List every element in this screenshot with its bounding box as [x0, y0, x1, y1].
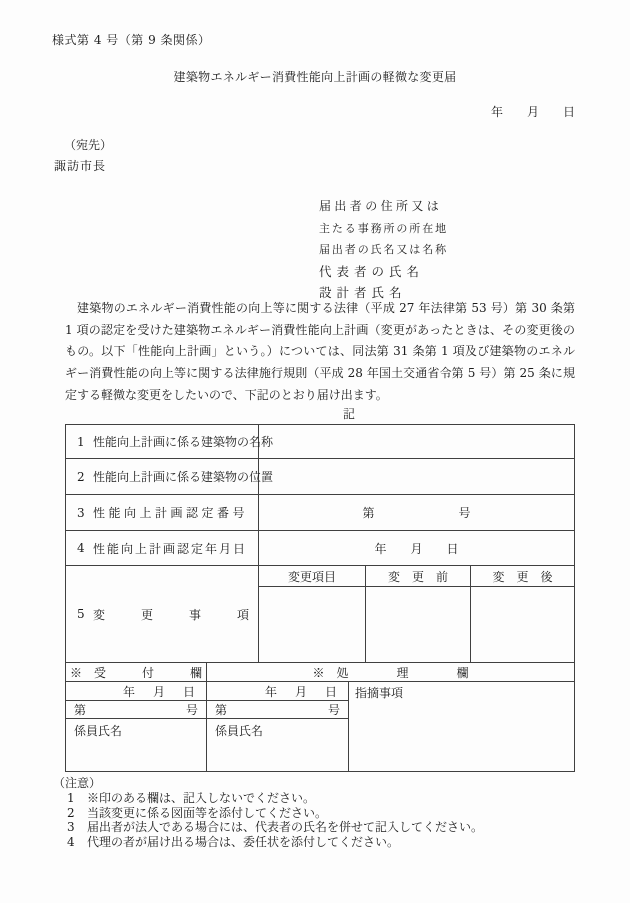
reception-date-cell: 年 月 日	[66, 682, 206, 701]
form-page: 様式第 4 号（第 9 条関係） 建築物エネルギー消費性能向上計画の軽微な変更届…	[0, 0, 630, 903]
addressee-label: （宛先）	[64, 136, 112, 153]
note-text: ※印のある欄は、記入しないでください。	[87, 791, 315, 806]
row-label: 性能向上計画認定年月日	[93, 540, 247, 557]
note-item: 2 当該変更に係る図面等を添付してください。	[53, 806, 483, 821]
note-number: 1	[67, 791, 87, 806]
row-number: 3	[77, 506, 93, 520]
processing-number-cell: 第 号	[207, 701, 348, 719]
note-item: 1 ※印のある欄は、記入しないでください。	[53, 791, 483, 806]
row-number: 4	[77, 541, 93, 555]
remarks-cell: 指摘事項	[349, 682, 574, 771]
reception-staff-cell: 係員氏名	[66, 719, 206, 771]
row-label: 性能向上計画に係る建築物の位置	[93, 468, 273, 485]
addressee-name: 諏訪市長	[54, 157, 106, 174]
note-number: 3	[67, 820, 87, 835]
row-label: 性能向上計画認定番号	[93, 504, 248, 521]
stamp-header-row: ※ 受 付 欄 ※ 処 理 欄	[66, 663, 574, 682]
number-suffix: 号	[186, 701, 198, 718]
submitter-address-label: 届出者の住所又は	[319, 196, 448, 218]
row5-label-cell: 5 変 更 事 項	[66, 566, 259, 662]
row-label: 変 更 事 項	[93, 606, 249, 623]
submitter-office-label: 主たる事務所の所在地	[319, 218, 448, 240]
reception-column-header: ※ 受 付 欄	[66, 663, 207, 681]
processing-column-header: ※ 処 理 欄	[207, 663, 574, 681]
table-row-building-location: 2 性能向上計画に係る建築物の位置	[66, 459, 574, 495]
table-row-change-items: 5 変 更 事 項 変更項目 変 更 前 変 更 後	[66, 566, 574, 663]
note-number: 4	[67, 835, 87, 850]
note-item: 4 代理の者が届け出る場合は、委任状を添付してください。	[53, 835, 483, 850]
number-suffix: 号	[328, 701, 340, 718]
row4-label-cell: 4 性能向上計画認定年月日	[66, 531, 259, 565]
certification-date-cell: 年 月 日	[259, 531, 574, 565]
change-before-input-cell	[366, 587, 471, 662]
processing-column: 年 月 日 第 号 係員氏名	[207, 682, 349, 771]
number-prefix: 第	[215, 701, 227, 718]
reception-number-cell: 第 号	[66, 701, 206, 719]
building-location-input-cell	[259, 459, 574, 494]
certification-number-cell: 第 号	[259, 495, 574, 530]
page-title: 建築物エネルギー消費性能向上計画の軽微な変更届	[0, 68, 630, 85]
table-row-building-name: 1 性能向上計画に係る建築物の名称	[66, 425, 574, 459]
submitter-block: 届出者の住所又は 主たる事務所の所在地 届出者の氏名又は名称 代表者の氏名 設計…	[319, 196, 448, 304]
row2-label-cell: 2 性能向上計画に係る建築物の位置	[66, 459, 259, 494]
notes-title: （注意）	[53, 776, 483, 791]
table-row-certification-number: 3 性能向上計画認定番号 第 号	[66, 495, 574, 531]
ki-heading: 記	[65, 405, 575, 422]
note-text: 代理の者が届け出る場合は、委任状を添付してください。	[87, 835, 399, 850]
row-label: 性能向上計画に係る建築物の名称	[93, 433, 273, 450]
form-number: 様式第 4 号（第 9 条関係）	[52, 31, 211, 48]
change-after-input-cell	[471, 587, 574, 662]
processing-staff-cell: 係員氏名	[207, 719, 348, 771]
row-number: 5	[77, 607, 93, 621]
processing-date-cell: 年 月 日	[207, 682, 348, 701]
note-item: 3 届出者が法人である場合には、代表者の氏名を併せて記入してください。	[53, 820, 483, 835]
change-after-header: 変 更 後	[471, 566, 574, 586]
change-subtable: 変更項目 変 更 前 変 更 後	[259, 566, 574, 662]
change-item-input-cell	[259, 587, 366, 662]
submitter-name-label: 届出者の氏名又は名称	[319, 239, 448, 261]
change-before-header: 変 更 前	[366, 566, 471, 586]
row-number: 2	[77, 470, 93, 484]
reception-column: 年 月 日 第 号 係員氏名	[66, 682, 207, 771]
body-paragraph: 建築物のエネルギー消費性能の向上等に関する法律（平成 27 年法律第 53 号）…	[65, 298, 575, 407]
building-name-input-cell	[259, 425, 574, 458]
row1-label-cell: 1 性能向上計画に係る建築物の名称	[66, 425, 259, 458]
note-number: 2	[67, 806, 87, 821]
table-row-certification-date: 4 性能向上計画認定年月日 年 月 日	[66, 531, 574, 566]
change-item-header: 変更項目	[259, 566, 366, 586]
notes-block: （注意） 1 ※印のある欄は、記入しないでください。 2 当該変更に係る図面等を…	[53, 776, 483, 850]
application-table: 1 性能向上計画に係る建築物の名称 2 性能向上計画に係る建築物の位置 3 性能…	[65, 424, 575, 772]
number-prefix: 第	[74, 701, 86, 718]
row3-label-cell: 3 性能向上計画認定番号	[66, 495, 259, 530]
change-subtable-header: 変更項目 変 更 前 変 更 後	[259, 566, 574, 587]
stamp-body: 年 月 日 第 号 係員氏名 年 月 日 第 号 係員氏名 指摘事項	[66, 682, 574, 771]
row-number: 1	[77, 435, 93, 449]
note-text: 当該変更に係る図面等を添付してください。	[87, 806, 327, 821]
submission-date-line: 年 月 日	[491, 103, 575, 120]
representative-name-label: 代表者の氏名	[319, 261, 448, 283]
note-text: 届出者が法人である場合には、代表者の氏名を併せて記入してください。	[87, 820, 483, 835]
change-subtable-body	[259, 587, 574, 662]
